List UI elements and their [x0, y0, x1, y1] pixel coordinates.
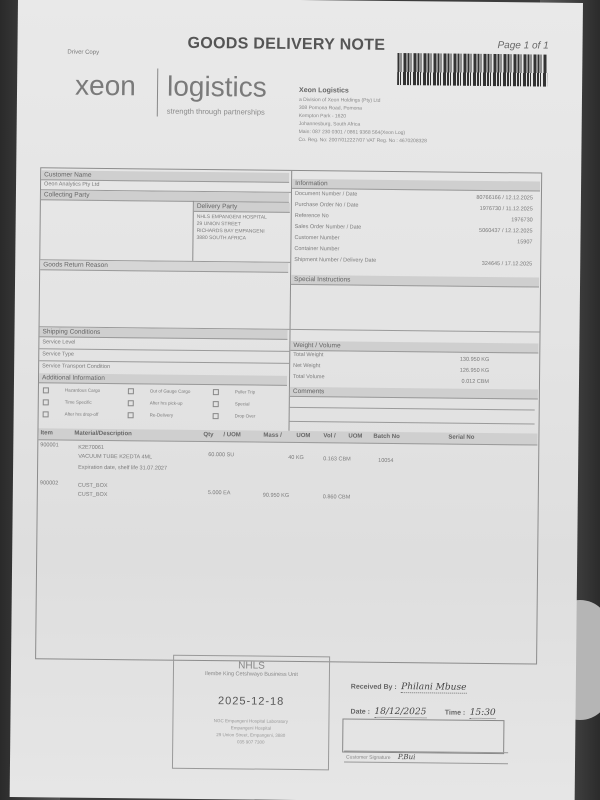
date-value: 18/12/2025	[374, 707, 426, 719]
information-label: Reference No	[295, 213, 329, 219]
logo-tagline: strength through partnerships	[167, 107, 265, 117]
collecting-party-header: Collecting Party	[41, 190, 289, 203]
service-level-label: Service Level	[42, 339, 75, 345]
item-number: 900001	[40, 442, 58, 448]
logo-divider	[157, 69, 159, 117]
information-header: Information	[292, 179, 540, 192]
signature-label: Customer Signature	[346, 755, 391, 761]
column-header: Material/Description	[74, 431, 131, 438]
document-title: GOODS DELIVERY NOTE	[187, 35, 385, 55]
checkbox[interactable]	[213, 389, 219, 395]
divider	[290, 407, 535, 411]
information-value: 1976730	[421, 216, 533, 223]
item-qty: 5.000 EA	[208, 490, 231, 496]
checkbox[interactable]	[213, 413, 219, 419]
item-mass: 90.950 KG	[263, 493, 289, 499]
item-volume: 0.860 CBM	[323, 494, 351, 500]
checkbox-label: Time Specific	[65, 400, 92, 405]
information-label: Customer Number	[294, 235, 339, 241]
signature-value: P.Bui	[398, 753, 416, 761]
checkbox[interactable]	[128, 412, 134, 418]
item-description: CUST_BOX	[78, 492, 108, 498]
signature-box	[342, 718, 504, 754]
item-description: VACUUM TUBE K2EDTA 4ML	[78, 454, 152, 461]
shipping-conditions-header: Shipping Conditions	[39, 327, 287, 340]
delivery-party-header: Delivery Party	[194, 202, 290, 213]
weight-volume-label: Total Volume	[293, 374, 325, 380]
checkbox-label: After hrs drop-off	[65, 412, 99, 417]
divider	[39, 348, 289, 352]
column-header: UOM	[348, 434, 362, 440]
delivery-line: NHLS EMPANGENI HOSPITAL	[197, 214, 267, 221]
delivery-note-paper: Driver Copy GOODS DELIVERY NOTE Page 1 o…	[10, 0, 583, 800]
item-volume: 0.163 CBM	[323, 456, 351, 462]
weight-volume-label: Net Weight	[293, 363, 320, 369]
comments-header: Comments	[290, 387, 538, 400]
column-header: Serial No	[448, 435, 474, 441]
item-qty: 60.000 SU	[208, 452, 234, 458]
information-label: Purchase Order No / Date	[295, 202, 359, 209]
additional-info-header: Additional Information	[39, 373, 287, 386]
item-mass: 40 KG	[288, 455, 304, 461]
company-address: Xeon Logistics a Division of Xeon Holdin…	[298, 86, 427, 145]
stamp-line: 035 907 7300	[173, 738, 328, 747]
weight-volume-value: 126.950 KG	[419, 367, 489, 374]
information-label: Document Number / Date	[295, 191, 357, 198]
customer-signature-row: Customer Signature P.Bui	[344, 750, 508, 764]
date-label: Date :	[351, 709, 371, 716]
delivery-form: Customer Name Oeon Analytics Pty Ltd Col…	[35, 167, 542, 664]
information-value: 324645 / 17.12.2025	[420, 260, 532, 267]
item-material: K2E70061	[78, 445, 104, 451]
information-label: Shipment Number / Delivery Date	[294, 257, 376, 264]
weight-volume-value: 130.950 KG	[419, 356, 489, 363]
copy-label: Driver Copy	[67, 50, 99, 56]
information-label: Sales Order Number / Date	[295, 224, 362, 231]
weight-volume-label: Total Weight	[293, 352, 323, 358]
column-header: Qty	[203, 432, 213, 438]
divider	[290, 421, 535, 425]
information-value: 1976730 / 11.12.2025	[421, 205, 533, 212]
checkbox[interactable]	[43, 399, 49, 405]
page-number: Page 1 of 1	[497, 40, 548, 52]
weight-volume-value: 0.012 CBM	[419, 378, 489, 385]
received-by-row: Received By : Philani Mbuse	[351, 676, 467, 695]
column-header: Vol /	[323, 433, 335, 439]
delivery-line: 3880 SOUTH AFRICA	[196, 235, 246, 242]
checkbox[interactable]	[43, 411, 49, 417]
checkbox[interactable]	[43, 387, 49, 393]
time-value: 15:30	[470, 708, 496, 719]
logo-logistics: logistics	[167, 71, 267, 104]
stamp-address: NGC Empangeni Hospital Laboratory Empang…	[173, 717, 328, 747]
item-batch: 10054	[378, 458, 393, 464]
special-instructions-header: Special Instructions	[291, 275, 539, 288]
delivery-line: 29 UNION STREET	[197, 221, 241, 227]
weight-volume-header: Weight / Volume	[290, 341, 538, 354]
service-type-label: Service Type	[42, 351, 74, 357]
information-value: 80766166 / 12.12.2025	[421, 194, 533, 201]
information-label: Container Number	[294, 246, 339, 252]
customer-name: Oeon Analytics Pty Ltd	[44, 181, 99, 188]
goods-return-header: Goods Return Reason	[40, 260, 288, 273]
checkbox-label: Re-Delivery	[150, 412, 174, 417]
time-label: Time :	[445, 710, 466, 717]
checkbox-label: Puller Trip	[235, 389, 255, 394]
checkbox-label: Out of Gauge Cargo	[150, 388, 191, 393]
receipt-stamp: NHLS Ilembe King Cetshwayo Business Unit…	[172, 655, 330, 771]
checkbox-label: Drop Over	[235, 413, 256, 418]
stamp-unit: Ilembe King Cetshwayo Business Unit	[174, 671, 329, 679]
information-value	[420, 249, 532, 250]
item-note: Expiration date, shelf life 31.07.2027	[78, 465, 167, 472]
service-transport-label: Service Transport Condition	[42, 363, 110, 370]
item-material: CUST_BOX	[78, 483, 108, 489]
information-value: 5060437 / 12.12.2025	[421, 227, 533, 234]
delivery-line: RICHARDS BAY EMPANGENI	[197, 228, 265, 235]
information-value: 15907	[420, 238, 532, 245]
logo-xeon: xeon	[75, 70, 136, 103]
column-header: UOM	[296, 433, 310, 439]
received-by-label: Received By :	[351, 684, 397, 691]
date-time-row: Date : 18/12/2025 Time : 15:30	[350, 701, 495, 721]
barcode	[397, 53, 547, 87]
column-header: / UOM	[223, 432, 240, 438]
checkbox-label: Hazardous Cargo	[65, 388, 100, 393]
column-header: Mass /	[263, 433, 281, 439]
received-by-value: Philani Mbuse	[401, 682, 466, 694]
stamp-date: 2025-12-18	[174, 695, 329, 709]
checkbox[interactable]	[213, 401, 219, 407]
item-number: 900002	[40, 480, 58, 486]
address-line: Co. Reg. No: 2007/012227/07 VAT Reg. No …	[298, 136, 427, 145]
checkbox-label: Special	[235, 401, 250, 406]
column-header: Batch No	[373, 434, 399, 440]
checkbox[interactable]	[128, 400, 134, 406]
column-header: Item	[40, 430, 52, 436]
checkbox[interactable]	[128, 388, 134, 394]
checkbox-label: After hrs pick-up	[150, 400, 183, 405]
